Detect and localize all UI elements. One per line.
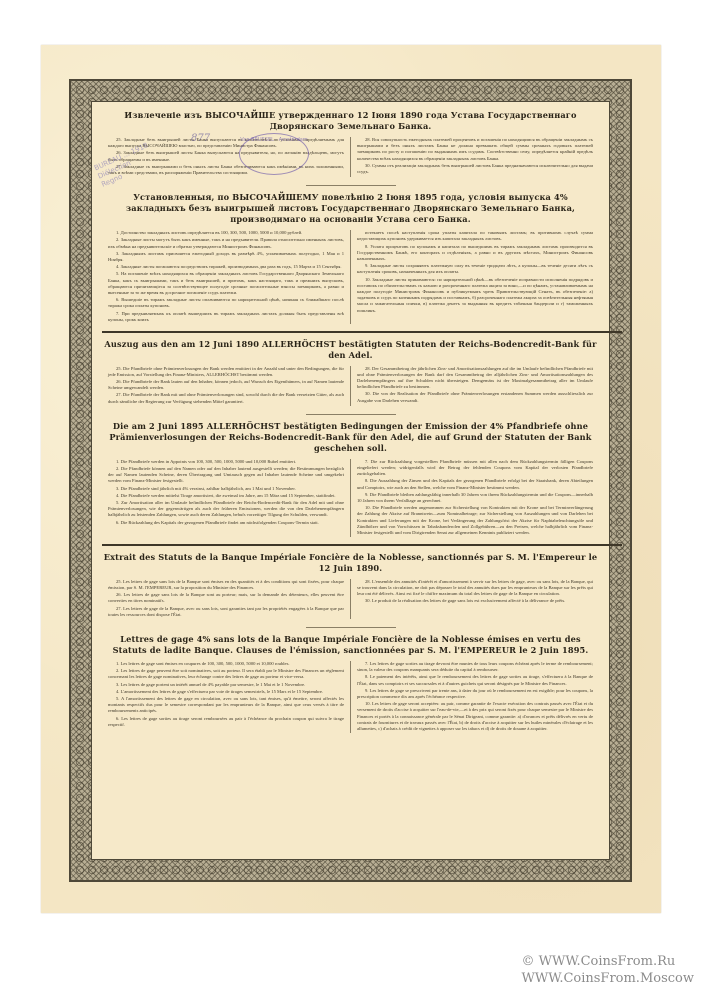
clause: 7. Die zur Rückzahlung vorgestellten Pfa… [357,459,593,478]
watermark-line: WWW.CoinsFrom.Moscow [522,970,695,987]
column-right: 7. Les lettres de gage sorties au tirage… [351,661,599,733]
clause: 10. Die Pfandbriefe werden angenommen zu… [357,505,593,536]
clause: 9. Закладные листы сохраняютъ платежную … [357,263,593,275]
clause: 5. На погашеніе всѣхъ находящихся въ обр… [108,271,344,296]
clause: 9. Die Pfandbriefe bleiben zahlungsfähig… [357,492,593,504]
section-fr-1890: Extrait des Statuts de la Banque Impéria… [102,552,599,619]
section-de-1890: Auszug aus den am 12 Juni 1890 ALLERHÖCH… [102,339,599,406]
clause: 1. Les lettres de gage sont émises en co… [108,661,344,667]
clause: 10. Les lettres de gage seront acceptées… [357,701,593,732]
clause: 2. Die Pfandbriefe können auf den Namen … [108,466,344,485]
clause: 2. Закладные листы могутъ быть какъ имен… [108,237,344,249]
divider-rule [306,414,396,415]
clause: 26. Les lettres de gage sans lots de la … [108,592,344,604]
clause: 9. Les lettres de gage se prescrivent pa… [357,688,593,700]
clause: 5. Zur Amortisation aller im Umlaufe bef… [108,500,344,519]
clause: 5. A l'amortissement des lettres de gage… [108,696,344,715]
clause: 28. Вся совокупность ежегодныхъ платежей… [357,137,593,162]
clause: 6. Les lettres de gage sorties au tirage… [108,716,344,728]
clause: 28. Der Gesammtbetrag der jährlichen Zin… [357,366,593,391]
column-left: 25. Les lettres de gage sans lots de la … [102,579,351,619]
ornamental-border: Извлеченіе изъ ВЫСОЧАЙШЕ утвержденнаго 1… [69,79,632,882]
clause: 27. Les lettres de gage de la Banque, av… [108,606,344,618]
clause: 25. Les lettres de gage sans lots de la … [108,579,344,591]
divider-rule [306,627,396,628]
section-heading: Extrait des Statuts de la Banque Impéria… [102,552,599,574]
clause: 3. Les lettres de gage portent un intérê… [108,682,344,688]
divider-rule [306,185,396,186]
divider-rule-long [102,544,622,546]
section-heading: Lettres de gage 4% sans lots de la Banqu… [102,634,599,656]
clause: 8. Уплата процентовъ по купонамъ и капит… [357,244,593,263]
clause: 26. Die Pfandbriefe der Bank lauten auf … [108,379,344,391]
bond-paper: Извлеченіе изъ ВЫСОЧАЙШЕ утвержденнаго 1… [41,45,661,913]
clause: 25. Die Pfandbriefe ohne Prämienverlosun… [108,366,344,378]
clause: 30. Суммы отъ реализаціи закладныхъ безъ… [357,163,593,175]
column-right: 28. Der Gesammtbetrag der jährlichen Zin… [351,366,599,406]
watermark-line: © WWW.CoinsFrom.Ru [522,953,695,970]
clause: 30. Le produit de la réalisation des let… [357,598,593,604]
clause: 4. L'amortissement des lettres de gage s… [108,689,344,695]
column-right: 7. Die zur Rückzahlung vorgestellten Pfa… [351,459,599,537]
column-left: 1. Die Pfandbriefe werden in Appoints vo… [102,459,351,537]
site-watermark: © WWW.CoinsFrom.Ru WWW.CoinsFrom.Moscow [522,953,695,987]
clause: 7. Les lettres de gage sorties au tirage… [357,661,593,673]
clause: 3. Die Pfandbriefe sind jährlich mit 4% … [108,486,344,492]
clause: 2. Les lettres de gage peuvent être soit… [108,668,344,680]
clause: 6. Вышедшіе въ тиражъ закладные листы оп… [108,297,344,309]
column-right: истекаетъ послѣ наступленія срока уплаты… [351,230,599,324]
section-fr-1895: Lettres de gage 4% sans lots de la Banqu… [102,634,599,733]
clause: 6. Die Rückzahlung des Kapitals der gezo… [108,520,344,526]
clause: 4. Die Pfandbriefe werden mittelst Tirag… [108,493,344,499]
column-left: 1. Les lettres de gage sont émises en co… [102,661,351,733]
divider-rule-long [102,331,622,333]
clause: 4. Закладные листы погашаются посредство… [108,264,344,270]
text-panel: Извлеченіе изъ ВЫСОЧАЙШЕ утвержденнаго 1… [91,101,610,860]
clause: 7. При предъявляемыхъ къ оплатѣ вышедших… [108,311,344,323]
column-left: 25. Die Pfandbriefe ohne Prämienverlosun… [102,366,351,406]
section-heading: Установленныя, по ВЫСОЧАЙШЕМУ повелѣнію … [102,192,599,225]
section-ru-1895: Установленныя, по ВЫСОЧАЙШЕМУ повелѣнію … [102,192,599,324]
clause: 8. Die Auszahlung der Zinsen und des Kap… [357,478,593,490]
clause: 27. Die Pfandbriefe der Bank mit und ohn… [108,392,344,404]
handwritten-number: 877 [191,133,210,144]
column-left: 1. Достоинство закладныхъ листовъ опредѣ… [102,230,351,324]
clause: 10. Закладные листы принимаются: по нари… [357,277,593,314]
clause: 1. Die Pfandbriefe werden in Appoints vo… [108,459,344,465]
clause: 28. L'ensemble des annuités d'intérêt et… [357,579,593,598]
clause: 1. Достоинство закладныхъ листовъ опредѣ… [108,230,344,236]
column-right: 28. L'ensemble des annuités d'intérêt et… [351,579,599,619]
clause: 3. Закладнымъ листамъ присвояется ежегод… [108,251,344,263]
clause: 30. Die von der Realisation der Pfandbri… [357,391,593,403]
clause: 8. Le paiement des intérêts, ainsi que l… [357,674,593,686]
section-heading: Die am 2 Juni 1895 ALLERHÖCHST bestätigt… [102,421,599,454]
section-heading: Auszug aus den am 12 Juni 1890 ALLERHÖCH… [102,339,599,361]
clause: истекаетъ послѣ наступленія срока уплаты… [357,230,593,242]
column-right: 28. Вся совокупность ежегодныхъ платежей… [351,137,599,177]
oval-ink-stamp: Van BRUSSEL · Amsterdam [239,133,309,175]
section-de-1895: Die am 2 Juni 1895 ALLERHÖCHST bestätigt… [102,421,599,537]
